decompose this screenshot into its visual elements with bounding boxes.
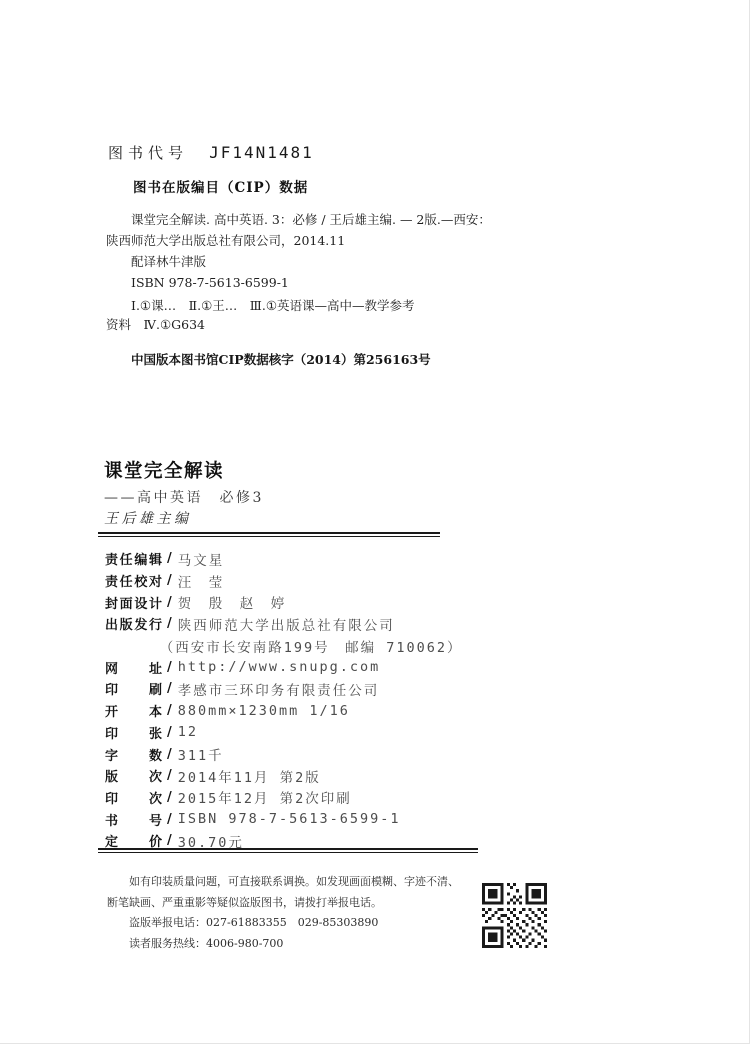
cip-class-line: Ⅰ.①课… Ⅱ.①王… Ⅲ.①英语课—高中—教学参考 (106, 297, 415, 316)
label-separator: / (167, 790, 172, 805)
colophon-value: 2015年12月 第2次印刷 (178, 787, 352, 807)
colophon-value: 311千 (178, 744, 224, 764)
colophon-value: 陕西师范大学出版总社有限公司 (178, 614, 395, 634)
colophon-label: 责任校对 (105, 571, 162, 590)
label-separator: / (167, 660, 172, 675)
colophon-row: 封面设计 / 贺 殷 赵 婷 (105, 591, 463, 613)
colophon-label: 定价 (105, 831, 162, 850)
cip-registry-number: 中国版本图书馆CIP数据核字（2014）第256163号 (131, 350, 431, 368)
colophon-row: 开本 / 880mm×1230mm 1/16 (105, 700, 463, 722)
colophon-value: 孝感市三环印务有限责任公司 (178, 679, 380, 699)
notice-line: 如有印装质量问题，可直接联系调换。如发现画面模糊、字迹不清、 (107, 872, 479, 893)
colophon-label: 书号 (105, 810, 162, 829)
label-separator: / (167, 833, 172, 848)
label-separator: / (167, 812, 172, 827)
label-separator: / (167, 573, 172, 588)
colophon-value: 马文星 (178, 549, 225, 569)
cip-heading: 图书在版编目（CIP）数据 (133, 176, 308, 196)
colophon-row-continuation: / （西安市长安南路199号 邮编 710062） (105, 635, 463, 657)
cip-entry-line: 课堂完全解读. 高中英语. 3：必修 / 王后雄主编. — 2版.—西安： (106, 209, 491, 230)
colophon-row: 印刷 / 孝感市三环印务有限责任公司 (105, 678, 463, 700)
double-rule-top (98, 532, 440, 537)
colophon-value: 2014年11月 第2版 (178, 766, 321, 786)
colophon-row: 责任编辑 / 马文星 (105, 548, 463, 570)
colophon-value: 30.70元 (178, 831, 244, 851)
label-separator: / (167, 725, 172, 740)
notice-line: 断笔缺画、严重重影等疑似盗版图书，请拨打举报电话。 (107, 893, 479, 914)
colophon-value: http://www.snupg.com (178, 659, 381, 675)
colophon-label: 字数 (105, 745, 162, 764)
piracy-hotline: 盗版举报电话：027-61883355 029-85303890 (107, 913, 479, 934)
colophon-label: 封面设计 (105, 593, 162, 612)
colophon-row: 定价 / 30.70元 (105, 830, 463, 852)
colophon-row: 印张 / 12 (105, 722, 463, 744)
label-separator: / (167, 768, 172, 783)
colophon-row: 字数 / 311千 (105, 743, 463, 765)
book-subtitle: ——高中英语 必修3 (104, 487, 264, 507)
colophon-value: 贺 殷 赵 婷 (178, 592, 287, 612)
label-separator: / (167, 703, 172, 718)
colophon-label: 网址 (105, 658, 162, 677)
reader-hotline: 读者服务热线：4006-980-700 (107, 934, 479, 955)
label-separator: / (167, 616, 172, 631)
colophon-table: 责任编辑 / 马文星 责任校对 / 汪 莹 封面设计 / 贺 殷 赵 婷 出版发… (105, 548, 463, 852)
book-code-line: 图书代号 JF14N1481 (108, 142, 314, 163)
colophon-value: 汪 莹 (178, 571, 225, 591)
colophon-label: 出版发行 (105, 614, 162, 633)
colophon-row: 出版发行 / 陕西师范大学出版总社有限公司 (105, 613, 463, 635)
colophon-row: 书号 / ISBN 978-7-5613-6599-1 (105, 808, 463, 830)
colophon-value: ISBN 978-7-5613-6599-1 (178, 811, 401, 827)
cip-entry-line: 配译林牛津版 (106, 251, 491, 272)
label-separator: / (167, 681, 172, 696)
colophon-label: 责任编辑 (105, 549, 162, 568)
colophon-label: 印刷 (105, 679, 162, 698)
colophon-value: 880mm×1230mm 1/16 (178, 703, 350, 719)
book-title: 课堂完全解读 (104, 457, 224, 483)
colophon-value: 12 (178, 724, 198, 740)
cip-entry-line: 陕西师范大学出版总社有限公司，2014.11 (106, 230, 491, 251)
colophon-label: 版次 (105, 766, 162, 785)
copyright-page: 图书代号 JF14N1481 图书在版编目（CIP）数据 课堂完全解读. 高中英… (0, 0, 750, 1044)
cip-class-line: 资料 Ⅳ.①G634 (106, 316, 415, 335)
book-code-label: 图书代号 (108, 144, 188, 162)
cip-entry: 课堂完全解读. 高中英语. 3：必修 / 王后雄主编. — 2版.—西安： 陕西… (106, 209, 491, 293)
book-editor: 王后雄主编 (104, 508, 192, 528)
colophon-row: 网址 / http://www.snupg.com (105, 656, 463, 678)
label-separator: / (167, 595, 172, 610)
qr-code-icon (482, 883, 547, 948)
colophon-row: 责任校对 / 汪 莹 (105, 570, 463, 592)
colophon-row: 印次 / 2015年12月 第2次印刷 (105, 787, 463, 809)
cip-classification: Ⅰ.①课… Ⅱ.①王… Ⅲ.①英语课—高中—教学参考 资料 Ⅳ.①G634 (106, 297, 415, 334)
colophon-label: 印张 (105, 723, 162, 742)
label-separator: / (167, 747, 172, 762)
book-code-value: JF14N1481 (209, 143, 314, 162)
label-separator: / (167, 551, 172, 566)
cip-entry-line: ISBN 978-7-5613-6599-1 (106, 272, 491, 293)
colophon-value: （西安市长安南路199号 邮编 710062） (160, 636, 463, 656)
colophon-label: 印次 (105, 788, 162, 807)
colophon-label: 开本 (105, 701, 162, 720)
colophon-row: 版次 / 2014年11月 第2版 (105, 765, 463, 787)
quality-notice: 如有印装质量问题，可直接联系调换。如发现画面模糊、字迹不清、 断笔缺画、严重重影… (107, 872, 479, 954)
